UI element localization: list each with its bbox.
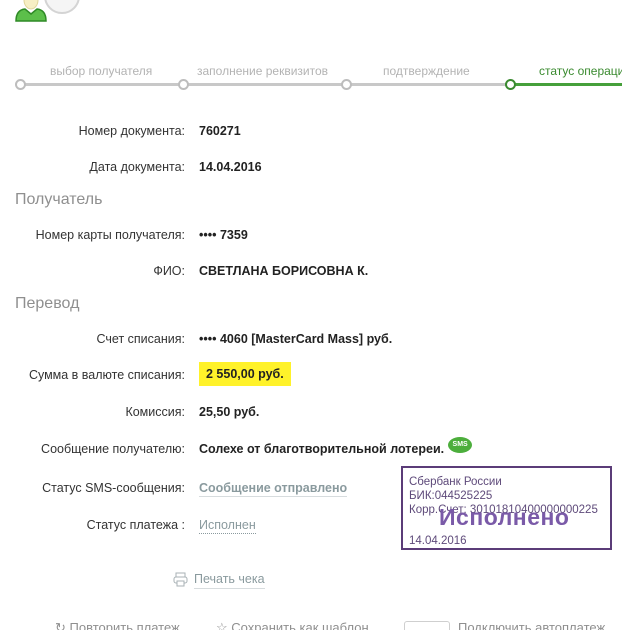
fee-value: 25,50 руб. [199, 405, 259, 419]
avatar-placeholder [44, 0, 80, 14]
save-template-label: Сохранить как шаблон [231, 620, 368, 630]
section-title-recipient: Получатель [15, 191, 102, 209]
stepper-track [20, 83, 510, 86]
repeat-icon: ↻ [55, 620, 66, 630]
save-template-button[interactable]: ☆ Сохранить как шаблон [216, 620, 369, 630]
stamp-date: 14.04.2016 [409, 534, 467, 548]
step-label-status: статус операции [539, 64, 622, 78]
stamp-status: Исполнено [439, 510, 569, 524]
step-label-recipient: выбор получателя [50, 64, 152, 78]
doc-date-value: 14.04.2016 [199, 160, 262, 174]
step-dot-recipient [15, 79, 26, 90]
user-avatar-icon [14, 0, 48, 22]
stamp-bank: Сбербанк России [409, 475, 604, 489]
stamp-bik: БИК:044525225 [409, 489, 604, 503]
stepper-track-active [510, 83, 622, 86]
autopay-label: Подключить автоплатеж [458, 620, 605, 630]
sms-status-label: Статус SMS-сообщения: [42, 481, 185, 495]
autopay-switch[interactable] [404, 621, 450, 630]
account-value: •••• 4060 [MasterCard Mass] руб. [199, 332, 392, 346]
step-dot-status [505, 79, 516, 90]
doc-date-label: Дата документа: [89, 160, 185, 174]
printer-icon [173, 572, 188, 587]
star-icon: ☆ [216, 620, 228, 630]
step-dot-details [178, 79, 189, 90]
step-label-details: заполнение реквизитов [197, 64, 328, 78]
amount-label: Сумма в валюте списания: [29, 368, 185, 382]
section-title-transfer: Перевод [15, 295, 79, 313]
recipient-name-value: СВЕТЛАНА БОРИСОВНА К. [199, 264, 368, 278]
repeat-payment-label: Повторить платеж [70, 620, 180, 630]
sms-status-link[interactable]: Сообщение отправлено [199, 481, 347, 497]
card-number-value: •••• 7359 [199, 228, 248, 242]
print-receipt-label: Печать чека [194, 572, 265, 589]
bank-stamp: Сбербанк России БИК:044525225 Корр.Счет:… [401, 466, 612, 550]
progress-stepper: выбор получателя заполнение реквизитов п… [0, 60, 622, 100]
amount-value: 2 550,00 руб. [199, 362, 291, 386]
payment-status-row: Исполнен [199, 518, 256, 532]
sms-icon: SMS [448, 437, 472, 453]
repeat-payment-button[interactable]: ↻ Повторить платеж [55, 620, 180, 630]
autopay-toggle[interactable]: Подключить автоплатеж [404, 620, 605, 630]
message-row: Солехе от благотворительной лотереи.SMS [199, 442, 472, 460]
step-label-confirm: подтверждение [383, 64, 470, 78]
fee-label: Комиссия: [125, 405, 185, 419]
payment-status-link[interactable]: Исполнен [199, 518, 256, 534]
payment-status-label: Статус платежа : [87, 518, 185, 532]
print-receipt-button[interactable]: Печать чека [173, 572, 265, 587]
account-label: Счет списания: [97, 332, 185, 346]
recipient-name-label: ФИО: [153, 264, 185, 278]
doc-number-value: 760271 [199, 124, 241, 138]
doc-number-label: Номер документа: [79, 124, 185, 138]
sms-status-row: Сообщение отправлено [199, 481, 347, 495]
step-dot-confirm [341, 79, 352, 90]
message-value: Солехе от благотворительной лотереи. [199, 442, 444, 456]
card-number-label: Номер карты получателя: [36, 228, 185, 242]
message-label: Сообщение получателю: [41, 442, 185, 456]
